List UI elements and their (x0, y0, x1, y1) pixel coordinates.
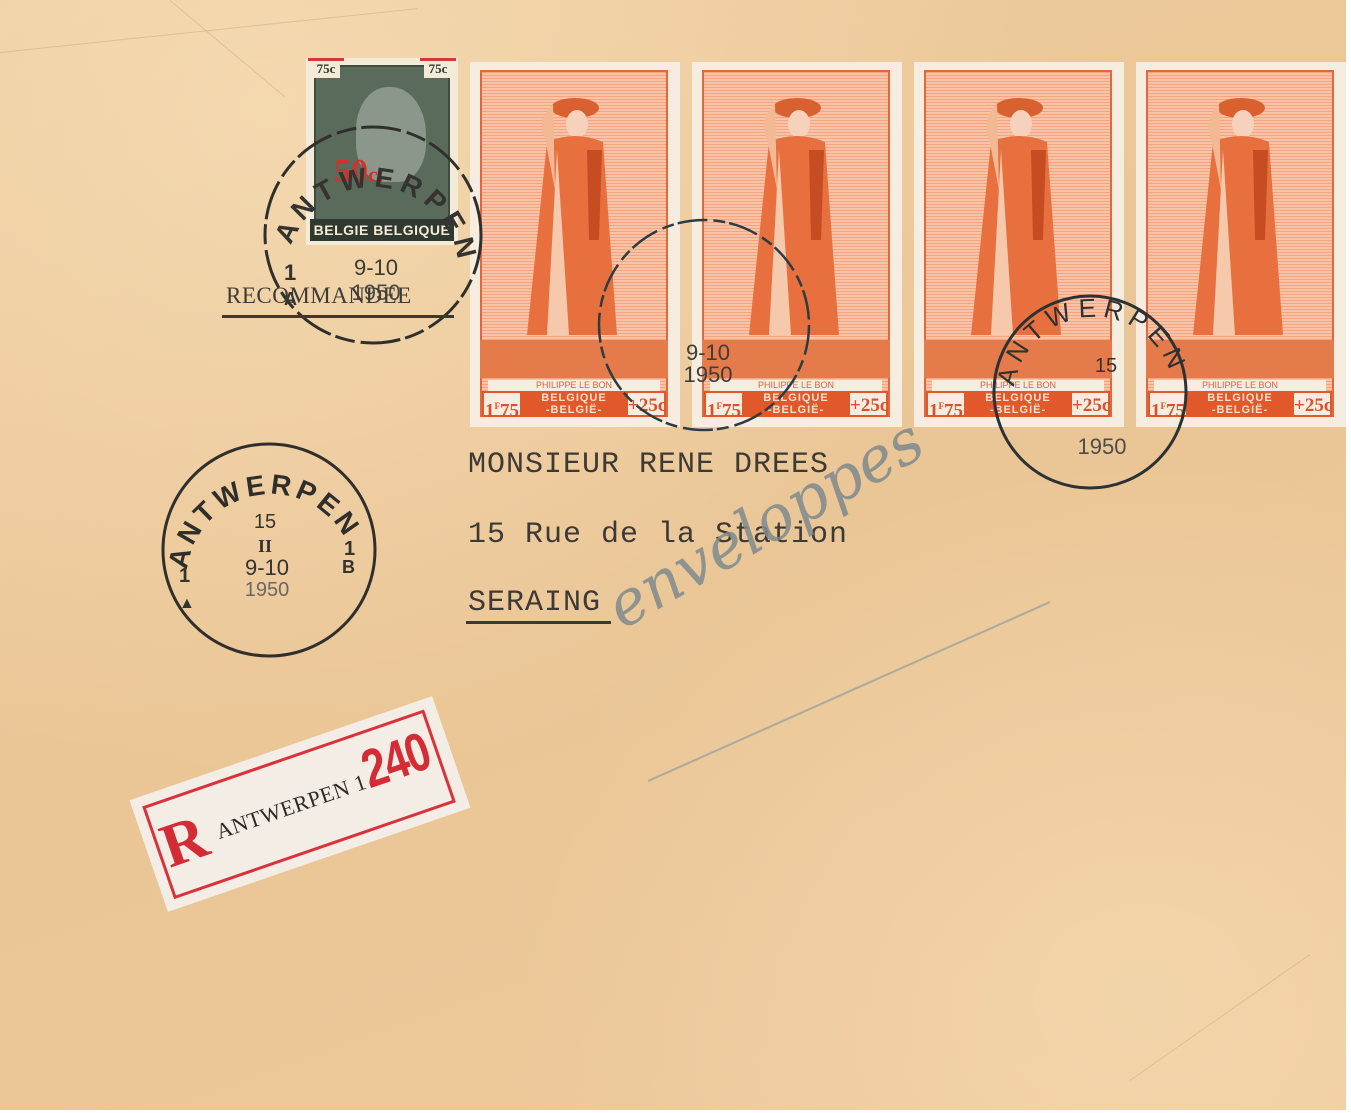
postmark-year: 1950 (245, 579, 290, 601)
svg-text:1: 1 (284, 260, 296, 285)
recipient-city: SERAING (468, 586, 601, 620)
svg-text:ANTWERPEN: ANTWERPEN (991, 292, 1195, 388)
svg-text:ANTWERPEN: ANTWERPEN (268, 161, 484, 267)
svg-text:B: B (342, 557, 355, 577)
postmark-3: 9-10 1950 (596, 212, 816, 443)
paper-crease (1130, 954, 1311, 1081)
paper-crease (170, 0, 286, 97)
stamp-face-value: 1F75 (926, 391, 966, 417)
svg-text:▲: ▲ (179, 595, 195, 612)
postmark-4: ANTWERPEN 15 1950 (984, 292, 1204, 509)
svg-text:1: 1 (179, 565, 190, 587)
postmark-2: ANTWERPEN 15 II 9-10 1950 1 ▲ 1 B (157, 440, 383, 671)
registered-marking: RECOMMANDEE (226, 283, 412, 309)
postmark-year: 1950 (1078, 434, 1127, 459)
old-value-left: 75c (312, 60, 340, 78)
postmark-city: ANTWERPEN (268, 161, 484, 267)
stamp-face-value: 1F75 (482, 391, 522, 417)
old-value-text: 75c (317, 61, 336, 76)
postmark-time: 9-10 (354, 255, 398, 280)
postmark-1: ANTWERPEN 9-10 1950 1 A (258, 120, 488, 355)
postmark-city: ANTWERPEN (991, 292, 1195, 388)
postmark-year: 1950 (684, 362, 733, 387)
registered-underline (222, 315, 454, 318)
city-underline (466, 621, 611, 624)
pencil-underline (648, 601, 1051, 782)
paper-crease (0, 8, 418, 53)
postmark-time: 9-10 (245, 555, 289, 580)
registration-label: R ANTWERPEN 1 240 (130, 696, 471, 912)
stamp-surtax: +25c (1292, 391, 1332, 417)
envelope: 75c 75c 50c. BELGIE BELGIQUE PHILIPPE LE… (0, 0, 1346, 1110)
stamp-country: BELGIQUE-BELGIË- (1190, 392, 1290, 416)
postmark-month: II (258, 536, 272, 556)
postmark-day: 15 (1095, 355, 1117, 377)
old-value-right: 75c (424, 60, 452, 78)
old-value-text: 75c (429, 61, 448, 76)
postmark-day: 15 (254, 511, 276, 533)
